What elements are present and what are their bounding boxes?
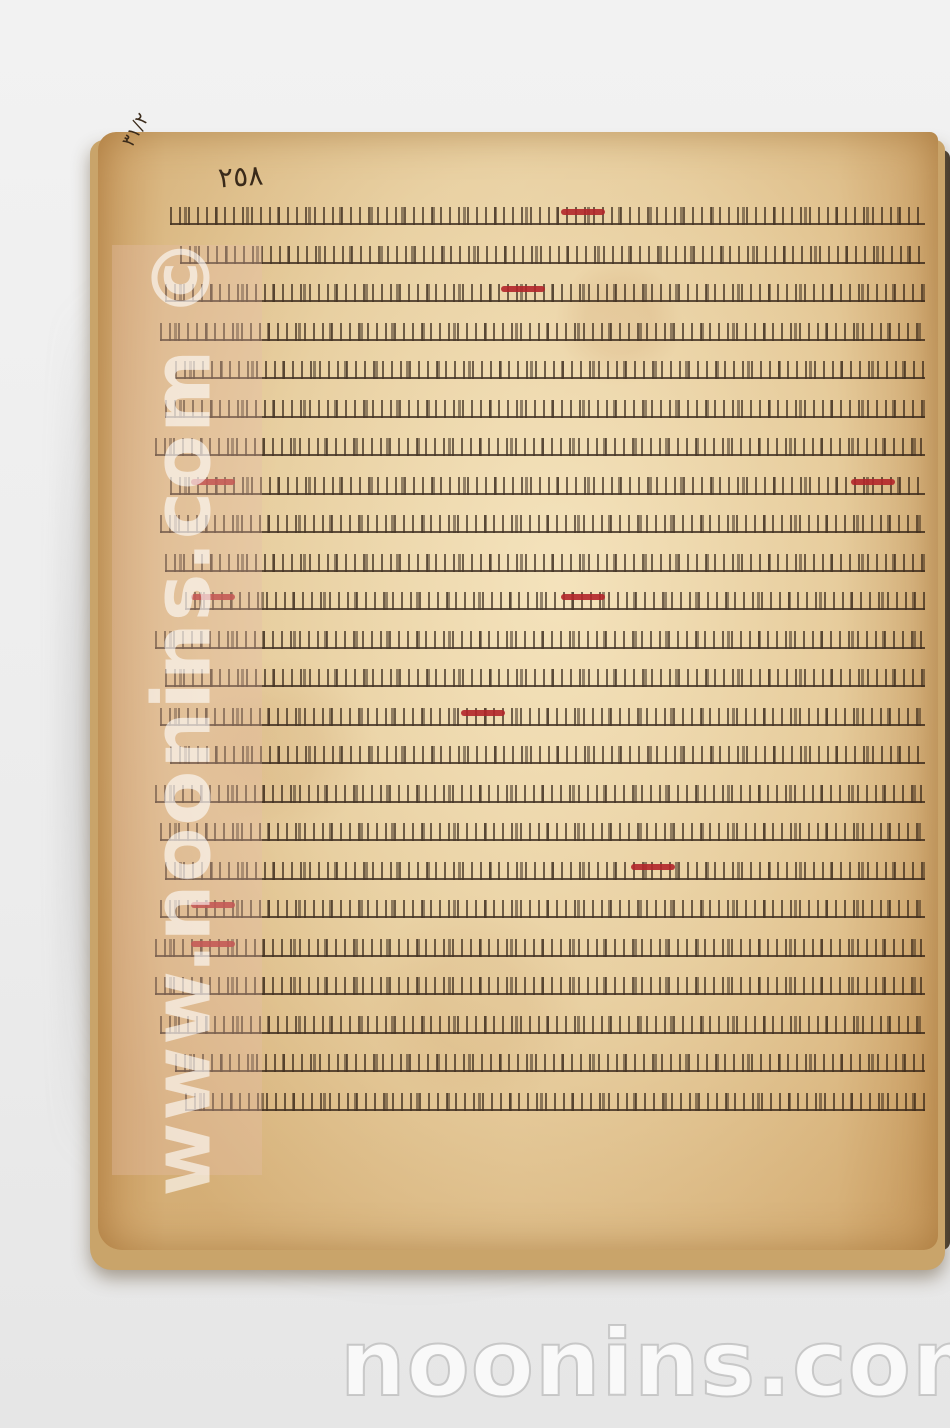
manuscript-line	[150, 965, 925, 1004]
handwritten-ink	[185, 592, 925, 610]
manuscript-line	[150, 1004, 925, 1043]
manuscript-line	[150, 580, 925, 619]
bottom-watermark: noonins.com	[340, 1310, 950, 1417]
manuscript-line	[150, 542, 925, 581]
red-rubric	[501, 286, 545, 292]
manuscript-line	[150, 272, 925, 311]
handwritten-ink	[165, 400, 925, 418]
red-rubric	[631, 864, 675, 870]
manuscript-line	[150, 850, 925, 889]
red-rubric	[561, 209, 605, 215]
handwritten-ink	[160, 1016, 925, 1034]
vertical-watermark: www.noonins.com ©	[112, 245, 262, 1175]
manuscript-line	[150, 888, 925, 927]
red-rubric	[851, 479, 895, 485]
manuscript-line	[150, 503, 925, 542]
handwritten-ink	[160, 323, 925, 341]
handwritten-ink	[155, 438, 925, 456]
manuscript-line	[150, 696, 925, 735]
manuscript-line	[150, 811, 925, 850]
manuscript-line	[150, 657, 925, 696]
handwritten-ink	[165, 862, 925, 880]
manuscript-line	[150, 195, 925, 234]
handwritten-ink	[170, 746, 925, 764]
handwritten-ink	[155, 939, 925, 957]
manuscript-line	[150, 773, 925, 812]
handwritten-ink	[175, 1054, 925, 1072]
handwritten-ink	[175, 361, 925, 379]
manuscript-line	[150, 734, 925, 773]
handwritten-ink	[155, 631, 925, 649]
handwritten-ink	[160, 515, 925, 533]
folio-number: ٢٥٨	[217, 158, 264, 194]
manuscript-line	[150, 927, 925, 966]
handwritten-ink	[170, 477, 925, 495]
manuscript-text-block	[150, 195, 925, 1125]
handwritten-ink	[160, 708, 925, 726]
manuscript-line	[150, 311, 925, 350]
handwritten-ink	[155, 977, 925, 995]
handwritten-ink	[185, 1093, 925, 1111]
red-rubric	[461, 710, 505, 716]
manuscript-line	[150, 465, 925, 504]
manuscript-line	[150, 619, 925, 658]
manuscript-line	[150, 1081, 925, 1120]
handwritten-ink	[160, 900, 925, 918]
manuscript-line	[150, 349, 925, 388]
vertical-watermark-text: www.noonins.com ©	[136, 267, 229, 1197]
handwritten-ink	[165, 554, 925, 572]
handwritten-ink	[165, 284, 925, 302]
handwritten-ink	[170, 207, 925, 225]
manuscript-line	[150, 426, 925, 465]
manuscript-line	[150, 1042, 925, 1081]
manuscript-line	[150, 388, 925, 427]
handwritten-ink	[180, 246, 925, 264]
handwritten-ink	[160, 823, 925, 841]
handwritten-ink	[155, 785, 925, 803]
red-rubric	[561, 594, 605, 600]
handwritten-ink	[165, 669, 925, 687]
manuscript-line	[150, 234, 925, 273]
